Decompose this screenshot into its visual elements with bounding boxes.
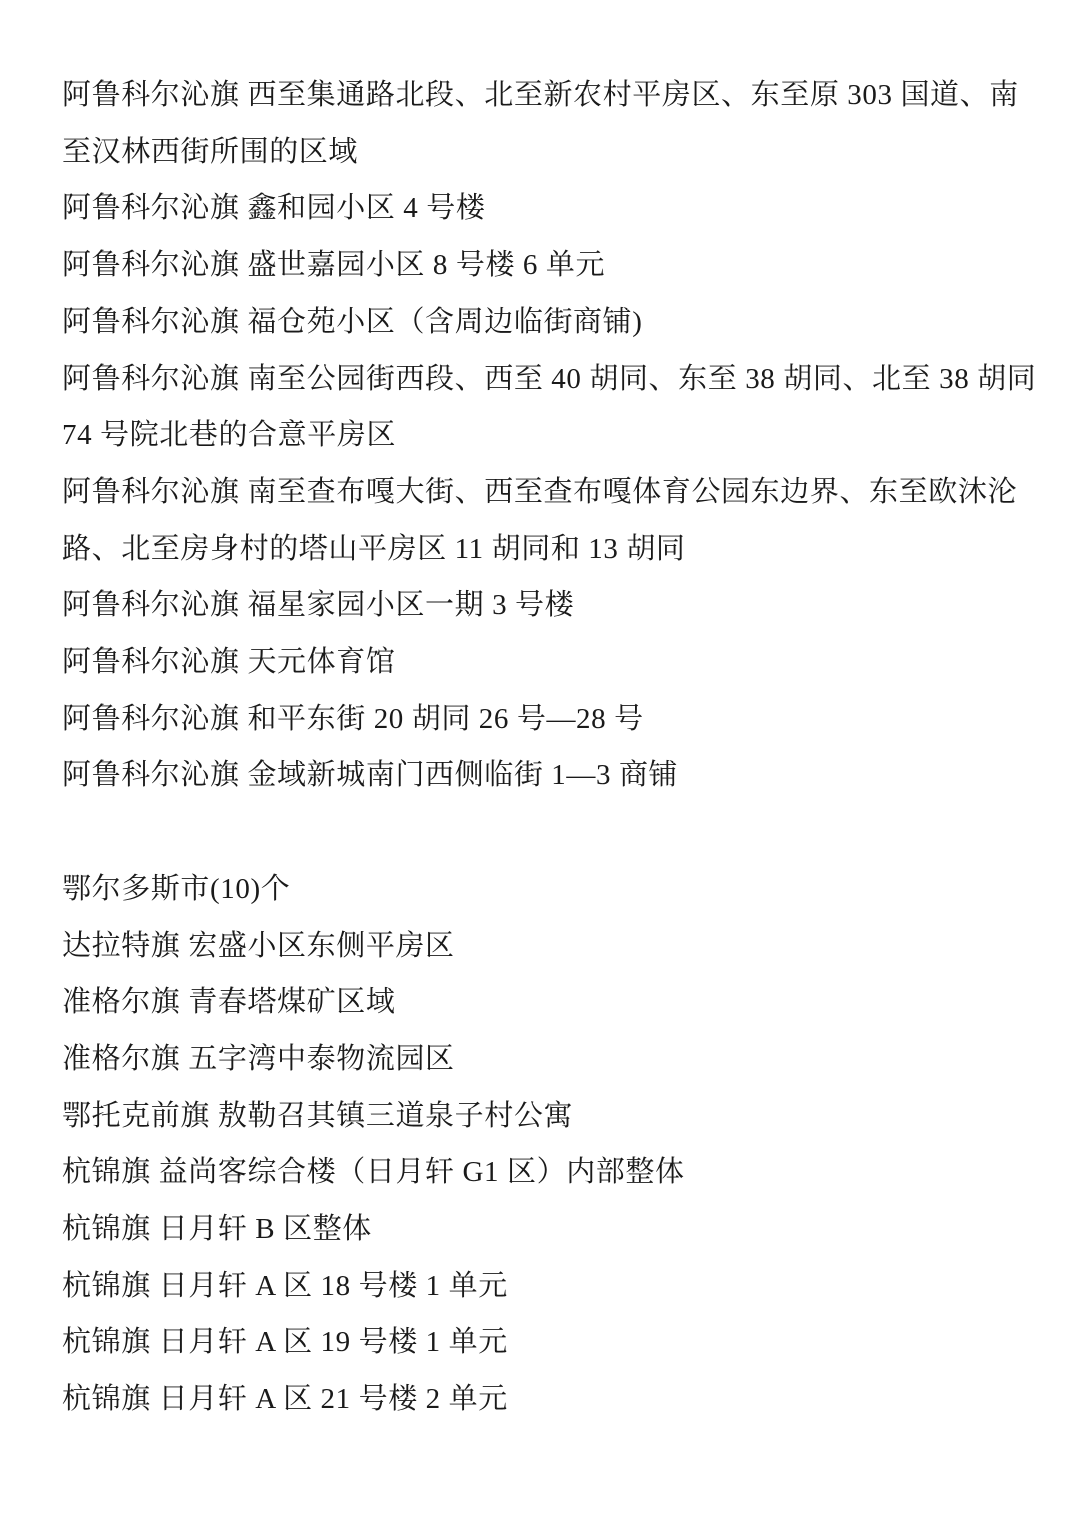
document-page: 阿鲁科尔沁旗 西至集通路北段、北至新农村平房区、东至原 303 国道、南 至汉林…	[0, 0, 1080, 1528]
entry-line: 鄂托克前旗 敖勒召其镇三道泉子村公寓	[62, 1088, 1040, 1145]
entry-line-continuation: 74 号院北巷的合意平房区	[62, 407, 1040, 464]
entry-line-continuation: 路、北至房身村的塔山平房区 11 胡同和 13 胡同	[62, 521, 1040, 578]
entry-line: 准格尔旗 青春塔煤矿区域	[62, 974, 1040, 1031]
entry-line: 达拉特旗 宏盛小区东侧平房区	[62, 918, 1040, 975]
entry-line-continuation: 至汉林西街所围的区域	[62, 124, 1040, 181]
entry-line: 杭锦旗 日月轩 A 区 21 号楼 2 单元	[62, 1371, 1040, 1428]
entry-line: 阿鲁科尔沁旗 福星家园小区一期 3 号楼	[62, 577, 1040, 634]
entry-line: 阿鲁科尔沁旗 鑫和园小区 4 号楼	[62, 180, 1040, 237]
entry-line: 杭锦旗 日月轩 A 区 19 号楼 1 单元	[62, 1314, 1040, 1371]
entry-line: 阿鲁科尔沁旗 福仓苑小区（含周边临街商铺)	[62, 294, 1040, 351]
entry-line: 杭锦旗 日月轩 B 区整体	[62, 1201, 1040, 1258]
entry-line: 阿鲁科尔沁旗 盛世嘉园小区 8 号楼 6 单元	[62, 237, 1040, 294]
entry-line: 阿鲁科尔沁旗 天元体育馆	[62, 634, 1040, 691]
entry-line: 阿鲁科尔沁旗 和平东街 20 胡同 26 号—28 号	[62, 691, 1040, 748]
section-heading: 鄂尔多斯市(10)个	[62, 861, 1040, 918]
entry-line: 阿鲁科尔沁旗 金域新城南门西侧临街 1—3 商铺	[62, 747, 1040, 804]
entry-line: 准格尔旗 五字湾中泰物流园区	[62, 1031, 1040, 1088]
entry-line: 阿鲁科尔沁旗 南至公园街西段、西至 40 胡同、东至 38 胡同、北至 38 胡…	[62, 351, 1040, 408]
entry-line: 阿鲁科尔沁旗 西至集通路北段、北至新农村平房区、东至原 303 国道、南	[62, 67, 1040, 124]
entry-list-part1: 阿鲁科尔沁旗 西至集通路北段、北至新农村平房区、东至原 303 国道、南 至汉林…	[62, 67, 1040, 804]
entry-list-part2: 达拉特旗 宏盛小区东侧平房区 准格尔旗 青春塔煤矿区域 准格尔旗 五字湾中泰物流…	[62, 918, 1040, 1428]
entry-line: 杭锦旗 益尚客综合楼（日月轩 G1 区）内部整体	[62, 1144, 1040, 1201]
entry-line: 阿鲁科尔沁旗 南至查布嘎大街、西至查布嘎体育公园东边界、东至欧沐沦	[62, 464, 1040, 521]
entry-line: 杭锦旗 日月轩 A 区 18 号楼 1 单元	[62, 1258, 1040, 1315]
blank-line	[62, 804, 1040, 861]
